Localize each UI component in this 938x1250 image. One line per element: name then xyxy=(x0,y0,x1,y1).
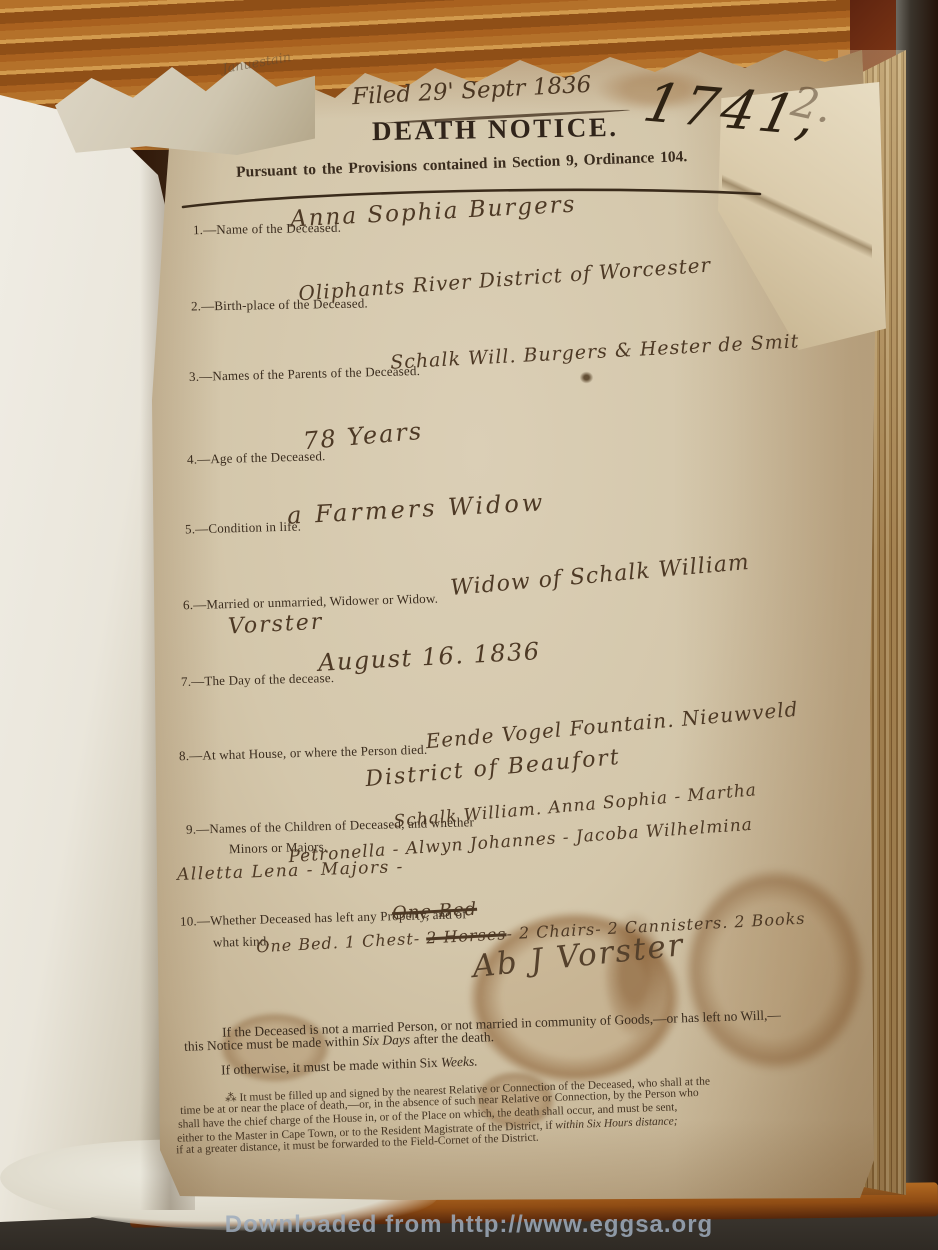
field-10-struck-word: One Bed xyxy=(392,899,478,924)
scanned-book-photo: Januestain Filed 29' Septr 1836 1741, 2.… xyxy=(0,0,938,1250)
field-6-value-line2: Vorster xyxy=(227,610,323,640)
form-title: DEATH NOTICE. xyxy=(372,112,619,147)
watermark-text: Downloaded from http://www.eggsa.org xyxy=(0,1211,938,1239)
field-5-label: 5.—Condition in life. xyxy=(185,518,302,537)
notice-p1l2-after: after the death. xyxy=(410,1029,494,1047)
notice-p1l2-italic: Six Days xyxy=(362,1032,410,1048)
notice-p2-italic: Weeks. xyxy=(441,1054,478,1070)
